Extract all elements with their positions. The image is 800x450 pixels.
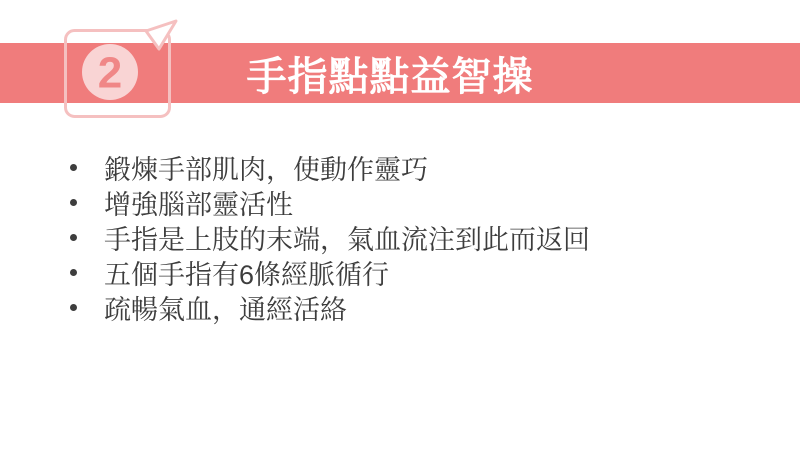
slide: 手指點點益智操 2 鍛煉手部肌肉，使動作靈巧 增強腦部靈活性 手指是上肢的末端，… [0,0,800,450]
list-item: 疏暢氣血，通經活絡 [60,290,590,325]
bullet-dot-icon [70,304,77,311]
bullet-dot-icon [70,269,77,276]
bullet-dot-icon [70,164,77,171]
bullet-text: 鍛煉手部肌肉，使動作靈巧 [104,148,428,187]
bullet-dot-icon [70,199,77,206]
badge-number: 2 [98,49,122,98]
bullet-text: 增強腦部靈活性 [104,183,293,222]
slide-title: 手指點點益智操 [247,45,534,102]
list-item: 手指是上肢的末端，氣血流注到此而返回 [60,220,590,255]
list-item: 鍛煉手部肌肉，使動作靈巧 [60,150,590,185]
bullet-text: 疏暢氣血，通經活絡 [104,288,347,327]
list-item: 增強腦部靈活性 [60,185,590,220]
speech-bubble-tail-icon [146,21,176,49]
bullet-dot-icon [70,234,77,241]
bullet-text: 手指是上肢的末端，氣血流注到此而返回 [104,218,590,257]
bullet-text: 五個手指有6條經脈循行 [104,253,389,292]
number-badge: 2 [55,15,185,125]
list-item: 五個手指有6條經脈循行 [60,255,590,290]
bullet-list: 鍛煉手部肌肉，使動作靈巧 增強腦部靈活性 手指是上肢的末端，氣血流注到此而返回 … [60,150,590,325]
